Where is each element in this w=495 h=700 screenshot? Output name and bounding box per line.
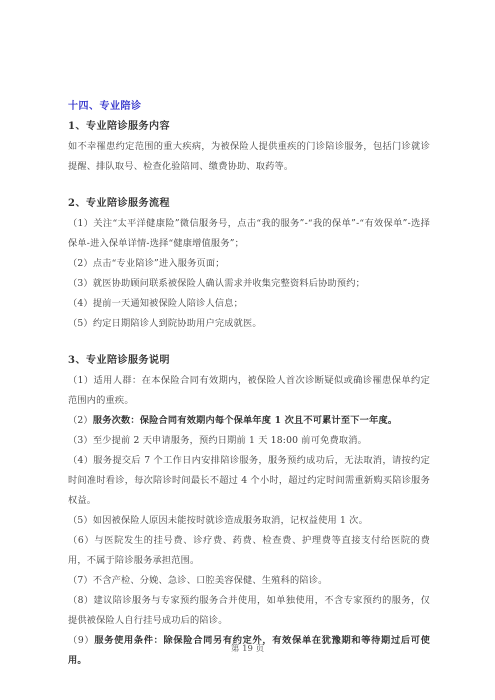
paragraph: （4）服务提交后 7 个工作日内安排陪诊服务，服务预约成功后，无法取消，请按约定… xyxy=(68,451,430,511)
paragraph-text: （1）关注“太平洋健康险”微信服务号，点击“我的服务”-“我的保单”-“有效保单… xyxy=(68,218,430,249)
paragraph-text: （4）服务提交后 7 个工作日内安排陪诊服务，服务预约成功后，无法取消，请按约定… xyxy=(68,455,430,506)
paragraph-text: （5）约定日期陪诊人到院协助用户完成就医。 xyxy=(68,318,262,329)
paragraph: （3）就医协助顾问联系被保险人确认需求并收集完整资料后协助预约； xyxy=(68,274,430,294)
paragraph-text: （3）至少提前 2 天申请服务，预约日期前 1 天 18:00 前可免费取消。 xyxy=(68,435,367,446)
paragraph: （2）点击“专业陪诊”进入服务页面； xyxy=(68,254,430,274)
paragraph: （7）不含产检、分娩、急诊、口腔美容保健、生殖科的陪诊。 xyxy=(68,571,430,591)
paragraph-text: 服务次数：保险合同有效期内每个保单年度 1 次且不可累计至下一年度。 xyxy=(93,415,397,426)
paragraph: （5）约定日期陪诊人到院协助用户完成就医。 xyxy=(68,314,430,334)
paragraph-text: （7）不含产检、分娩、急诊、口腔美容保健、生殖科的陪诊。 xyxy=(68,575,328,586)
paragraph-text: （6）与医院发生的挂号费、诊疗费、药费、检查费、护理费等直接支付给医院的费用，不… xyxy=(68,535,430,566)
paragraph: （4）提前一天通知被保险人陪诊人信息； xyxy=(68,294,430,314)
paragraph: （8）建议陪诊服务与专家预约服务合并使用，如单独使用，不含专家预约的服务，仅提供… xyxy=(68,591,430,631)
paragraph: （5）如因被保险人原因未能按时就诊造成服务取消，记权益使用 1 次。 xyxy=(68,511,430,531)
paragraph: 如不幸罹患约定范围的重大疾病，为被保险人提供重疾的门诊陪诊服务，包括门诊就诊提醒… xyxy=(68,137,430,177)
subsections-container: 1、专业陪诊服务内容如不幸罹患约定范围的重大疾病，为被保险人提供重疾的门诊陪诊服… xyxy=(68,117,430,671)
document-page: 十四、专业陪诊 1、专业陪诊服务内容如不幸罹患约定范围的重大疾病，为被保险人提供… xyxy=(0,0,495,700)
section-title: 十四、专业陪诊 xyxy=(68,97,430,117)
paragraph-text: （3）就医协助顾问联系被保险人确认需求并收集完整资料后协助预约； xyxy=(68,278,365,289)
paragraph: （6）与医院发生的挂号费、诊疗费、药费、检查费、护理费等直接支付给医院的费用，不… xyxy=(68,531,430,571)
subsection: 1、专业陪诊服务内容如不幸罹患约定范围的重大疾病，为被保险人提供重疾的门诊陪诊服… xyxy=(68,117,430,177)
paragraph-text: 如不幸罹患约定范围的重大疾病，为被保险人提供重疾的门诊陪诊服务，包括门诊就诊提醒… xyxy=(68,141,430,172)
paragraph: （1）关注“太平洋健康险”微信服务号，点击“我的服务”-“我的保单”-“有效保单… xyxy=(68,214,430,254)
subsection: 3、专业陪诊服务说明（1）适用人群：在本保险合同有效期内，被保险人首次诊断疑似或… xyxy=(68,351,430,671)
paragraph-text: （1）适用人群：在本保险合同有效期内，被保险人首次诊断疑似或确诊罹患保单约定范围… xyxy=(68,375,430,406)
subsection-heading: 3、专业陪诊服务说明 xyxy=(68,351,430,371)
paragraph: （2）服务次数：保险合同有效期内每个保单年度 1 次且不可累计至下一年度。 xyxy=(68,411,430,431)
paragraph-text: （5）如因被保险人原因未能按时就诊造成服务取消，记权益使用 1 次。 xyxy=(68,515,368,526)
paragraph-text: （8）建议陪诊服务与专家预约服务合并使用，如单独使用，不含专家预约的服务，仅提供… xyxy=(68,595,430,626)
subsection: 2、专业陪诊服务流程（1）关注“太平洋健康险”微信服务号，点击“我的服务”-“我… xyxy=(68,194,430,334)
paragraph-marker: （2） xyxy=(68,415,93,426)
page-number: 第 19 页 xyxy=(231,644,264,654)
paragraph: （1）适用人群：在本保险合同有效期内，被保险人首次诊断疑似或确诊罹患保单约定范围… xyxy=(68,371,430,411)
paragraph-text: （2）点击“专业陪诊”进入服务页面； xyxy=(68,258,225,269)
paragraph-text: （4）提前一天通知被保险人陪诊人信息； xyxy=(68,298,243,309)
document-content: 十四、专业陪诊 1、专业陪诊服务内容如不幸罹患约定范围的重大疾病，为被保险人提供… xyxy=(68,97,430,671)
paragraph: （3）至少提前 2 天申请服务，预约日期前 1 天 18:00 前可免费取消。 xyxy=(68,431,430,451)
subsection-heading: 2、专业陪诊服务流程 xyxy=(68,194,430,214)
subsection-heading: 1、专业陪诊服务内容 xyxy=(68,117,430,137)
page-footer: 第 19 页 xyxy=(0,642,495,656)
